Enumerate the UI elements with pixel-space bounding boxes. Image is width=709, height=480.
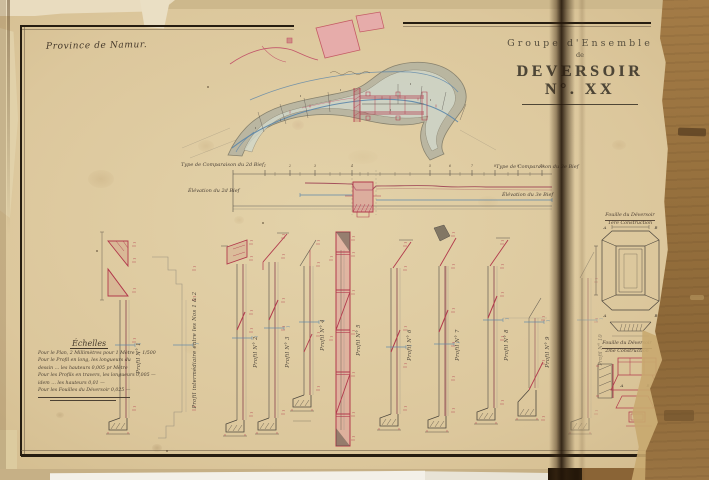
cross-profile: Profil N° 9 bbox=[503, 298, 551, 420]
scales-line: dessin … les hauteurs 0,005 pr Mètre bbox=[38, 365, 143, 372]
ink-speck bbox=[207, 86, 209, 88]
profile-label: Profil N° 6 bbox=[407, 329, 413, 362]
border-left-echo bbox=[24, 27, 25, 454]
profile-label: Profil N° 3 bbox=[285, 336, 291, 369]
border-top-left-echo bbox=[21, 29, 294, 30]
cross-profile: Profil N° 2 bbox=[221, 240, 259, 436]
cardboard-mark bbox=[664, 410, 694, 421]
station-number: 3 bbox=[314, 164, 316, 168]
longprofile-label-left-bottom: Élévation du 2d Bief bbox=[188, 188, 240, 194]
station-number: 1 bbox=[264, 164, 266, 168]
border-left bbox=[20, 25, 22, 456]
border-top-right-echo bbox=[403, 26, 651, 27]
cross-profile: Profil N° 5 bbox=[329, 232, 362, 446]
scales-line: Pour les Fouilles du Déversoir 0,025 — bbox=[38, 387, 143, 394]
longprofile-label-left-top: Type de Comparaison du 2d Bief bbox=[181, 162, 264, 168]
ink-speck bbox=[166, 450, 168, 452]
detail-fouille-1: ABAB bbox=[594, 225, 659, 336]
ink-speck bbox=[262, 222, 264, 224]
site-plan-map bbox=[182, 12, 496, 160]
border-top-right-segment bbox=[403, 22, 651, 24]
scales-legend: Échelles Pour le Plan, 2 Millimètres pou… bbox=[38, 331, 143, 401]
drawing-sheet: 12345678910Profil N° 1Profil intermédiai… bbox=[0, 0, 709, 480]
province-label: Province de Namur. bbox=[46, 40, 147, 52]
cardboard-mark bbox=[678, 128, 706, 137]
cross-profile: Profil N° 8 bbox=[474, 238, 510, 424]
corner-letter: B bbox=[654, 313, 658, 318]
corner-letter: A bbox=[603, 313, 607, 318]
station-number: 5 bbox=[429, 164, 431, 168]
profile-label: Profil N° 8 bbox=[504, 329, 510, 362]
longprofile-label-right-bottom: Élévation du 3e Bief bbox=[502, 192, 553, 198]
corner-letter: A bbox=[620, 383, 624, 388]
scales-line: Pour le Plan, 2 Millimètres pour 1 Mètre… bbox=[38, 350, 143, 357]
cross-profile: Profil N° 3 bbox=[255, 233, 291, 434]
scales-line: Pour les Profils en travers, les longueu… bbox=[38, 372, 143, 379]
detail1-title-line2: 1ère Construction bbox=[608, 221, 652, 226]
scales-line: idem … les hauteurs 0,01 — bbox=[38, 380, 143, 387]
profile-label: Profil N° 2 bbox=[253, 336, 259, 368]
cross-profile: Profil N° 7 bbox=[425, 225, 461, 432]
station-number: 6 bbox=[449, 164, 452, 168]
cross-profile: Profil intermédiaire entre les Nos 1 & 2 bbox=[152, 257, 199, 438]
detail1-title-line1: Fouille du Déversoir bbox=[605, 213, 654, 221]
cross-profile: Profil N° 4 bbox=[290, 240, 326, 421]
station-number: 2 bbox=[288, 164, 291, 168]
cardboard-scuff bbox=[690, 295, 704, 300]
detail1-title: Fouille du Déversoir 1ère Construction bbox=[595, 213, 665, 228]
cross-profile: Profil N° 6 bbox=[377, 240, 413, 430]
fold-shadow bbox=[549, 0, 575, 480]
profile-label: Profil N° 4 bbox=[320, 319, 326, 351]
ink-speck bbox=[96, 250, 98, 252]
fold-crease-light bbox=[578, 0, 586, 480]
station-number: 4 bbox=[350, 164, 353, 168]
scales-title: Échelles bbox=[70, 339, 108, 349]
scales-rule2 bbox=[50, 400, 116, 401]
station-number: 7 bbox=[471, 164, 474, 168]
profile-label: Profil N° 7 bbox=[455, 329, 461, 362]
profile-label: Profil N° 5 bbox=[356, 324, 362, 356]
scales-line: Pour le Profil en long, les longueurs du bbox=[38, 357, 143, 364]
profile-label: Profil intermédiaire entre les Nos 1 & 2 bbox=[191, 292, 198, 410]
scales-rule bbox=[38, 397, 130, 398]
border-top-left-segment bbox=[21, 25, 294, 27]
longitudinal-profile: 12345678910 bbox=[233, 164, 552, 217]
